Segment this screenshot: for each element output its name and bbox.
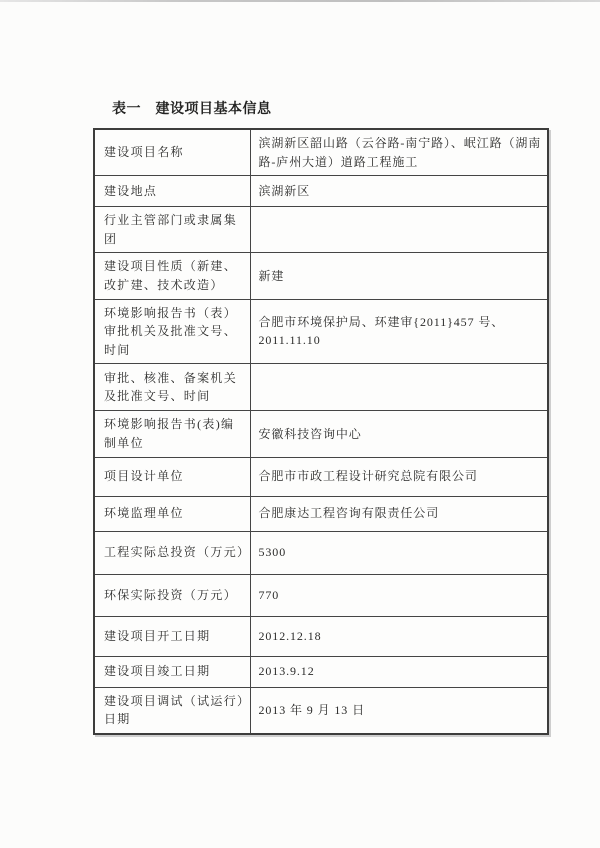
row-label: 环境影响报告书（表）审批机关及批准文号、时间 [94, 299, 250, 364]
row-label: 建设项目性质（新建、改扩建、技术改造） [94, 253, 250, 299]
table-row: 环境影响报告书(表)编制单位安徽科技咨询中心 [94, 411, 548, 457]
row-label: 审批、核准、备案机关及批准文号、时间 [94, 364, 250, 411]
table-row: 建设项目名称滨湖新区韶山路（云谷路-南宁路）、岷江路（湖南路-庐州大道）道路工程… [94, 129, 548, 176]
table-row: 环保实际投资（万元）770 [94, 574, 548, 616]
table-row: 项目设计单位合肥市市政工程设计研究总院有限公司 [94, 457, 548, 496]
table-row: 工程实际总投资（万元）5300 [94, 531, 548, 574]
row-value: 合肥市市政工程设计研究总院有限公司 [250, 457, 548, 496]
scanned-page: 表一 建设项目基本信息 建设项目名称滨湖新区韶山路（云谷路-南宁路）、岷江路（湖… [0, 0, 600, 848]
row-label: 项目设计单位 [94, 457, 250, 496]
table-row: 建设项目开工日期2012.12.18 [94, 616, 548, 656]
row-label: 建设项目竣工日期 [94, 656, 250, 687]
row-label: 行业主管部门或隶属集团 [94, 207, 250, 253]
project-info-table: 建设项目名称滨湖新区韶山路（云谷路-南宁路）、岷江路（湖南路-庐州大道）道路工程… [93, 128, 549, 735]
row-value: 新建 [250, 253, 548, 299]
table-title: 表一 建设项目基本信息 [112, 101, 272, 119]
row-label: 建设地点 [94, 176, 250, 207]
row-value: 2012.12.18 [250, 616, 548, 656]
table-row: 行业主管部门或隶属集团 [94, 207, 548, 253]
row-label: 环境监理单位 [94, 496, 250, 531]
table-row: 建设项目性质（新建、改扩建、技术改造）新建 [94, 253, 548, 299]
row-value [250, 207, 548, 253]
row-value: 安徽科技咨询中心 [250, 411, 548, 457]
table-row: 环境影响报告书（表）审批机关及批准文号、时间合肥市环境保护局、环建审{2011}… [94, 299, 548, 364]
row-value: 合肥市环境保护局、环建审{2011}457 号、2011.11.10 [250, 299, 548, 364]
scan-edge [0, 0, 600, 2]
row-value: 770 [250, 574, 548, 616]
row-value: 合肥康达工程咨询有限责任公司 [250, 496, 548, 531]
table-row: 建设地点滨湖新区 [94, 176, 548, 207]
table-row: 建设项目竣工日期2013.9.12 [94, 656, 548, 687]
row-label: 建设项目开工日期 [94, 616, 250, 656]
row-label: 环保实际投资（万元） [94, 574, 250, 616]
row-label: 建设项目调试（试运行）日期 [94, 687, 250, 734]
row-value: 滨湖新区韶山路（云谷路-南宁路）、岷江路（湖南路-庐州大道）道路工程施工 [250, 129, 548, 176]
row-label: 工程实际总投资（万元） [94, 531, 250, 574]
row-value: 2013.9.12 [250, 656, 548, 687]
row-value: 2013 年 9 月 13 日 [250, 687, 548, 734]
row-label: 环境影响报告书(表)编制单位 [94, 411, 250, 457]
table-row: 环境监理单位合肥康达工程咨询有限责任公司 [94, 496, 548, 531]
row-value: 5300 [250, 531, 548, 574]
table-row: 建设项目调试（试运行）日期2013 年 9 月 13 日 [94, 687, 548, 734]
row-label: 建设项目名称 [94, 129, 250, 176]
table-body: 建设项目名称滨湖新区韶山路（云谷路-南宁路）、岷江路（湖南路-庐州大道）道路工程… [94, 129, 548, 734]
row-value [250, 364, 548, 411]
row-value: 滨湖新区 [250, 176, 548, 207]
table-row: 审批、核准、备案机关及批准文号、时间 [94, 364, 548, 411]
